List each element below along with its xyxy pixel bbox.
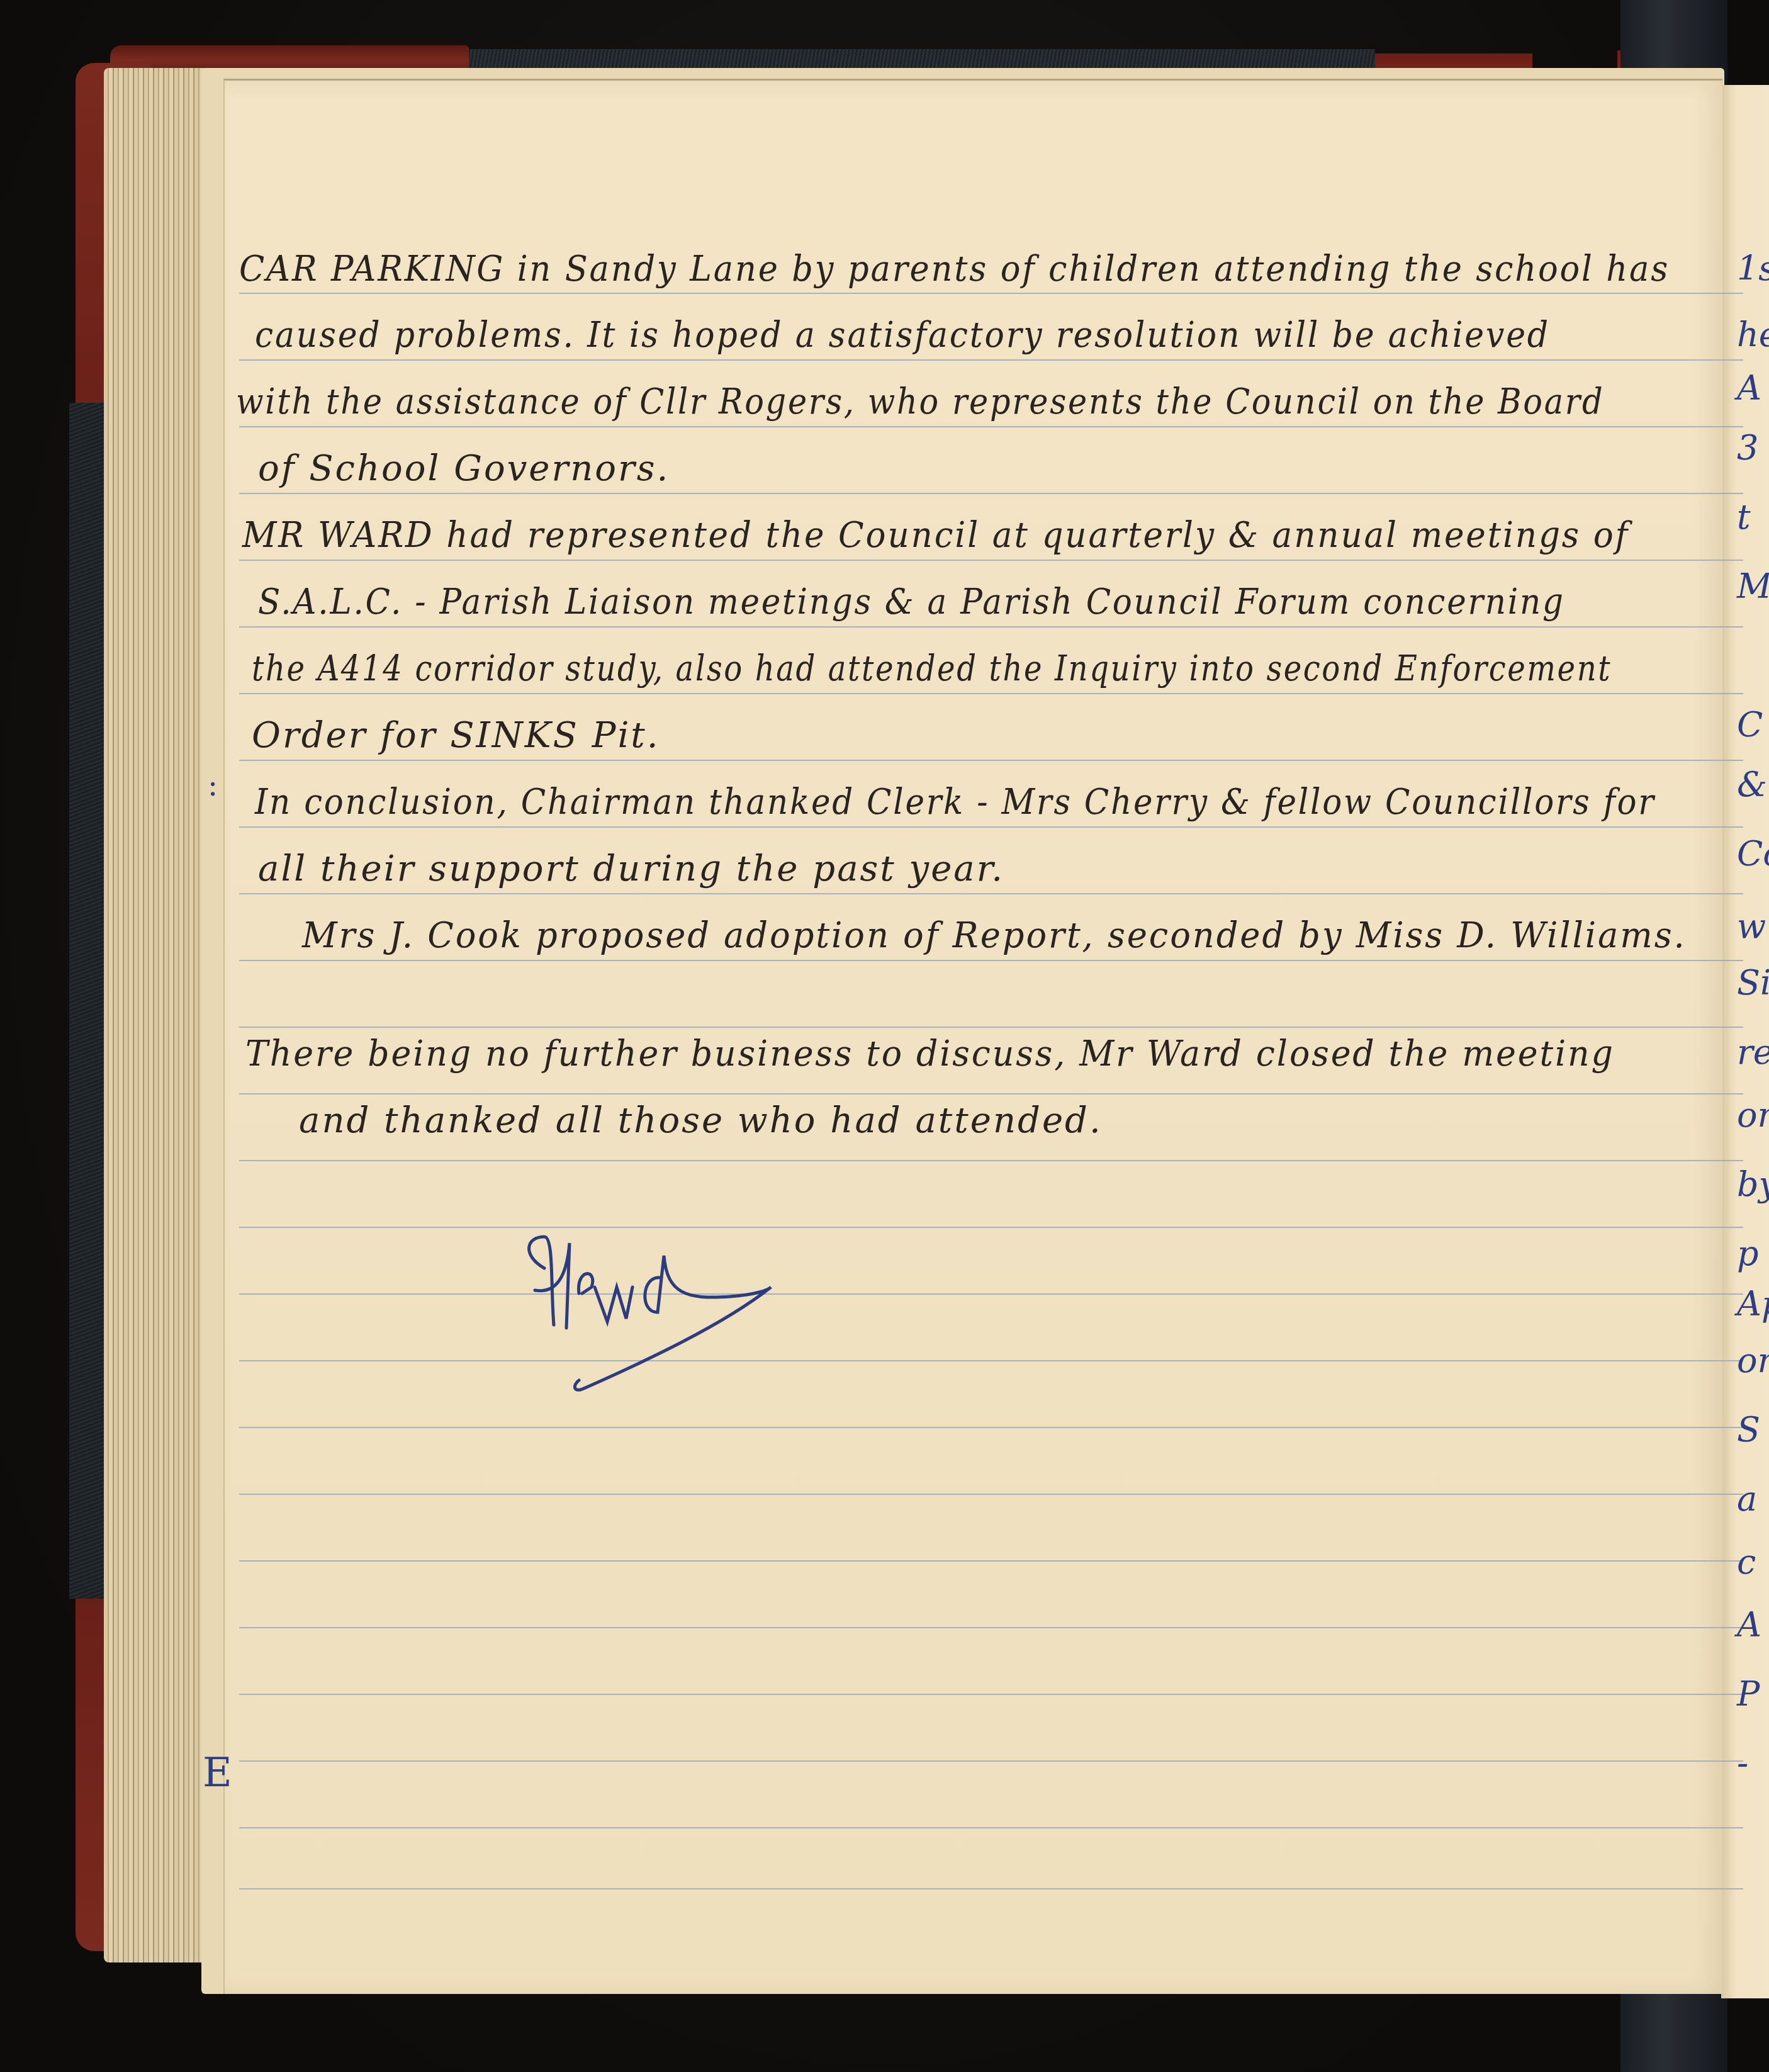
margin-letter: A (1737, 1605, 1761, 1645)
margin-letter: a (1737, 1479, 1757, 1519)
margin-letter: 1st (1737, 249, 1769, 288)
rule-line (239, 293, 1743, 294)
paragraph-closing-line-2: and thanked all those who had attended. (299, 1100, 1103, 1141)
left-margin-mark: : (208, 768, 218, 803)
rule-line (239, 1427, 1743, 1428)
paragraph-mr-ward-line-3: the A414 corridor study, also had attend… (252, 648, 1612, 689)
rule-line (239, 1827, 1743, 1828)
margin-letter: & (1737, 765, 1767, 804)
margin-letter: Si (1737, 963, 1769, 1003)
rule-line (239, 1293, 1743, 1295)
paragraph-mr-ward-line-1: MR WARD had represented the Council at q… (242, 515, 1629, 556)
paragraph-car-parking-line-3: with the assistance of Cllr Rogers, who … (236, 381, 1604, 422)
rule-line (239, 760, 1743, 761)
margin-letter: Ap (1737, 1284, 1769, 1324)
margin-letter: S (1737, 1410, 1760, 1450)
signature-scribble-icon (516, 1218, 780, 1407)
rule-line (239, 1360, 1743, 1361)
margin-letter: M (1737, 566, 1769, 606)
rule-line (239, 1093, 1743, 1095)
margin-letter: on (1737, 1341, 1769, 1380)
rule-line (239, 560, 1743, 561)
paragraph-conclusion-line-2: all their support during the past year. (258, 848, 1004, 889)
rule-line (239, 1027, 1743, 1028)
margin-letter: - (1737, 1743, 1748, 1783)
chairman-signature: J R Ward (516, 1218, 780, 1407)
rule-line (239, 693, 1743, 694)
margin-letter: p (1737, 1234, 1759, 1273)
margin-letter: t (1737, 497, 1751, 537)
paragraph-car-parking-line-1: CAR PARKING in Sandy Lane by parents of … (239, 249, 1670, 290)
margin-letter: C (1737, 705, 1763, 745)
rule-line (239, 1160, 1743, 1161)
rule-line (239, 1494, 1743, 1495)
paragraph-mr-ward-line-4: Order for SINKS Pit. (252, 715, 660, 756)
paragraph-mr-ward-line-2: S.A.L.C. - Parish Liaison meetings & a P… (258, 582, 1565, 622)
margin-letter: on (1737, 1095, 1769, 1135)
rule-line (239, 1627, 1743, 1628)
rule-line (239, 426, 1743, 427)
margin-letter: w (1737, 906, 1766, 946)
rule-line (239, 1560, 1743, 1562)
rule-line (239, 1694, 1743, 1695)
margin-letter: he (1737, 315, 1769, 354)
margin-letter: re (1737, 1032, 1769, 1072)
rule-line (239, 960, 1743, 961)
margin-letter: 3 (1737, 428, 1758, 468)
rule-line (239, 626, 1743, 628)
margin-letter: c (1737, 1542, 1756, 1582)
margin-letter: A (1737, 368, 1761, 408)
margin-letter: P (1737, 1674, 1760, 1714)
rule-line (239, 493, 1743, 494)
paragraph-car-parking-line-4: of School Governors. (258, 448, 670, 489)
rule-line (239, 893, 1743, 894)
rule-line (239, 1760, 1743, 1762)
book-cover-cloth-left (69, 403, 104, 1599)
paragraph-adoption-line-1: Mrs J. Cook proposed adoption of Report,… (302, 915, 1687, 956)
margin-letter: Co (1737, 834, 1769, 874)
margin-letter: by (1737, 1164, 1769, 1204)
rule-line (239, 826, 1743, 828)
paragraph-conclusion-line-1: In conclusion, Chairman thanked Clerk - … (255, 782, 1656, 823)
paragraph-car-parking-line-2: caused problems. It is hoped a satisfact… (255, 315, 1550, 356)
paragraph-closing-line-1: There being no further business to discu… (245, 1033, 1615, 1074)
left-margin-mark: E (203, 1750, 232, 1796)
rule-line (239, 359, 1743, 361)
rule-line (239, 1888, 1743, 1889)
rule-line (239, 1227, 1743, 1228)
